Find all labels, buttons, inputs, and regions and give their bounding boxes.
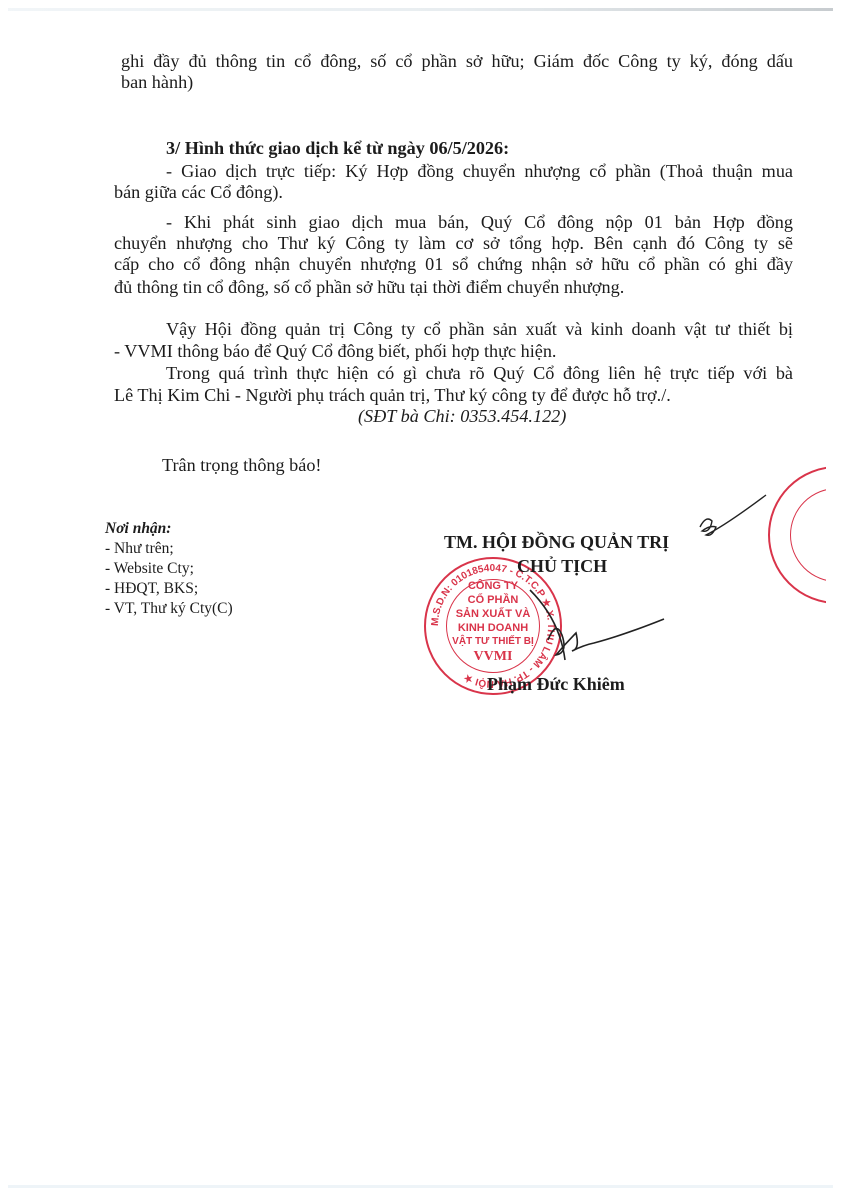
closing-para-2-line-2: Lê Thị Kim Chi - Người phụ trách quản tr… (114, 384, 671, 406)
closing-para-1-line-2: - VVMI thông báo để Quý Cổ đông biết, ph… (114, 340, 556, 362)
seal-brand: VVMI (426, 650, 560, 664)
section-3-bullet-1-line-2: bán giữa các Cổ đông). (114, 181, 283, 203)
recipient-item: - HĐQT, BKS; (105, 579, 198, 598)
seal-line: VẬT TƯ THIẾT BỊ (426, 635, 560, 649)
intro-line-2: ban hành) (121, 71, 193, 93)
recipient-item: - VT, Thư ký Cty(C) (105, 599, 233, 618)
section-3-bullet-2-line-4: đủ thông tin cổ đông, số cổ phần sở hữu … (114, 276, 624, 298)
signatory-name: Phạm Đức Khiêm (487, 673, 625, 695)
intro-line-1: ghi đầy đủ thông tin cổ đông, số cổ phần… (121, 50, 793, 72)
signature-position: CHỦ TỊCH (517, 555, 607, 577)
document-page: ghi đầy đủ thông tin cổ đông, số cổ phần… (0, 0, 849, 1200)
section-3-bullet-1-line-1: - Giao dịch trực tiếp: Ký Hợp đồng chuyể… (166, 160, 793, 182)
seal-line: CÔNG TY (426, 579, 560, 593)
signature-on-behalf: TM. HỘI ĐỒNG QUẢN TRỊ (444, 531, 669, 553)
closing-para-1-line-1: Vậy Hội đồng quản trị Công ty cổ phần sả… (166, 318, 793, 340)
recipients-title: Nơi nhận: (105, 519, 171, 538)
section-3-bullet-2-line-2: chuyển nhượng cho Thư ký Công ty làm cơ … (114, 232, 793, 254)
seal-partial-inner-ring (790, 488, 849, 582)
closing-para-2-line-1: Trong quá trình thực hiện có gì chưa rõ … (166, 362, 793, 384)
section-3-bullet-2-line-1: - Khi phát sinh giao dịch mua bán, Quý C… (166, 211, 793, 233)
recipient-item: - Website Cty; (105, 559, 194, 578)
company-seal-partial (768, 466, 849, 604)
recipient-item: - Như trên; (105, 539, 174, 558)
section-3-bullet-2-line-3: cấp cho cổ đông nhận chuyển nhượng 01 sổ… (114, 253, 793, 275)
regards: Trân trọng thông báo! (162, 454, 321, 476)
seal-line: SẢN XUẤT VÀ (426, 607, 560, 621)
seal-line: KINH DOANH (426, 621, 560, 635)
contact-phone: (SĐT bà Chi: 0353.454.122) (358, 405, 566, 427)
seal-line: CỔ PHẦN (426, 593, 560, 607)
section-3-heading: 3/ Hình thức giao dịch kể từ ngày 06/5/2… (166, 137, 509, 159)
